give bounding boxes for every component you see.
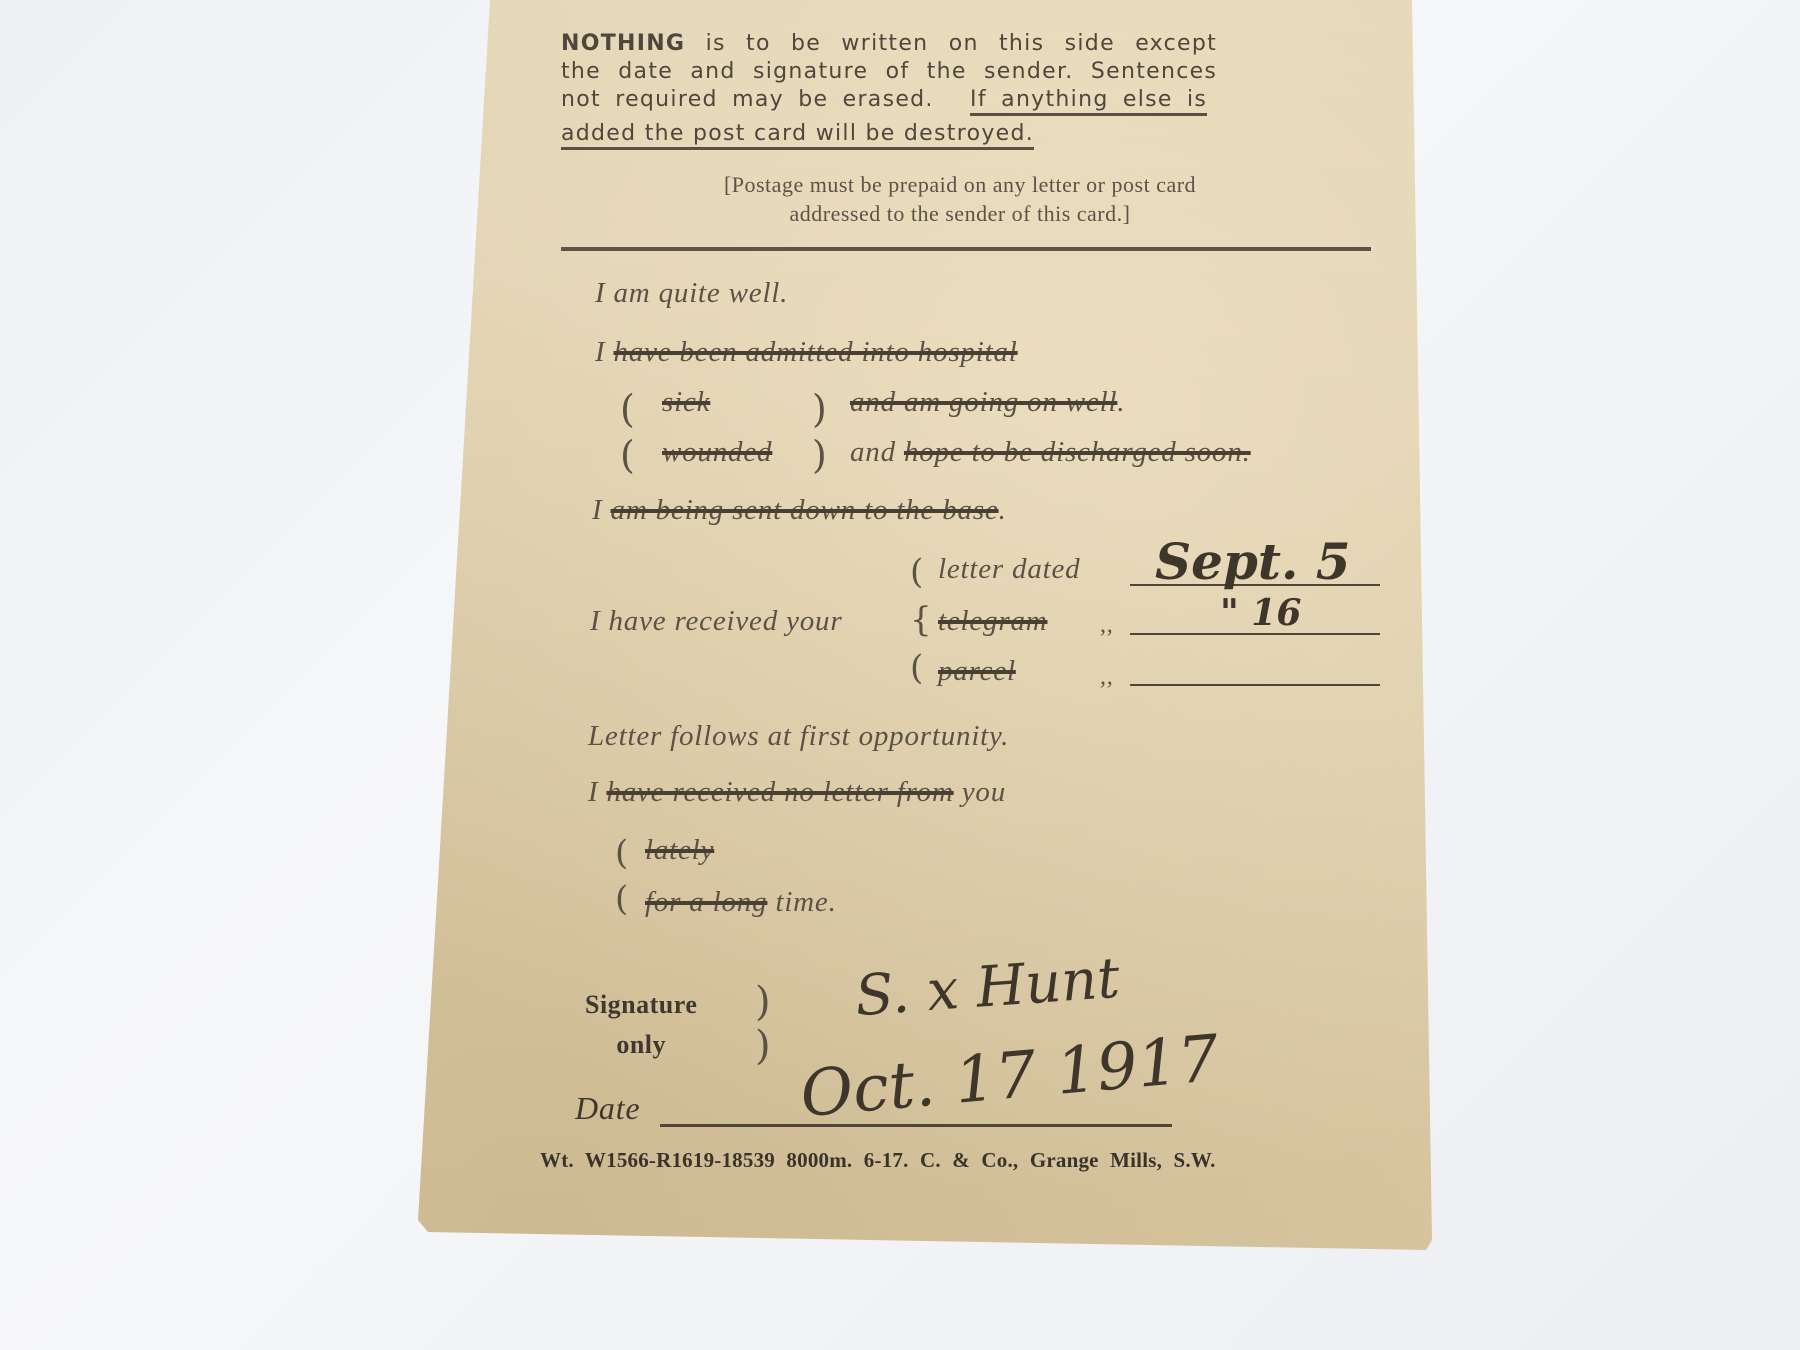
received-prefix: I have received your	[590, 605, 842, 638]
left-brace-condition: ((	[620, 386, 635, 478]
notice-line-1: NOTHING is to be written on this side ex…	[561, 30, 1217, 58]
sentence-letter-follows: Letter follows at first opportunity.	[588, 720, 1009, 753]
notice-line-3: not required may be erased. If anything …	[561, 86, 1217, 114]
outcome-discharged: and hope to be discharged soon.	[850, 436, 1251, 469]
notice-block: NOTHING is to be written on this side ex…	[561, 30, 1217, 148]
notice-nothing: NOTHING	[561, 31, 685, 56]
field-service-post-card: NOTHING is to be written on this side ex…	[0, 0, 1800, 1350]
left-brace-duration: ((	[615, 830, 628, 922]
condition-option-sick: sick	[662, 386, 710, 419]
sentence-sent-to-base: I am being sent down to the base.	[592, 494, 1007, 527]
telegram-date-value: " 16	[1220, 592, 1301, 634]
right-brace-signature: ))	[755, 980, 771, 1068]
sentence-hospital: I have been admitted into hospital	[595, 336, 1018, 369]
duration-lately: lately	[645, 834, 714, 867]
postage-note: [Postage must be prepaid on any letter o…	[600, 170, 1320, 228]
notice-line-2: the date and signature of the sender. Se…	[561, 58, 1217, 86]
right-brace-condition: ))	[812, 386, 827, 478]
printer-imprint: Wt. W1566-R1619-18539 8000m. 6-17. C. & …	[540, 1148, 1216, 1173]
telegram-ditto: ,,	[1100, 612, 1114, 639]
received-item-letter: letter dated	[938, 553, 1080, 586]
notice-destroyed-underlined: added the post card will be destroyed.	[561, 121, 1034, 150]
outcome-going-on-well: and am going on well.	[850, 386, 1125, 419]
parcel-ditto: ,,	[1100, 664, 1114, 691]
header-divider	[561, 247, 1371, 251]
date-label: Date	[575, 1090, 640, 1127]
signature-handwritten: S. x Hunt	[853, 946, 1122, 1029]
signature-label: Signature only	[585, 985, 697, 1065]
duration-long-time: for a long time.	[645, 886, 837, 919]
received-item-parcel: parcel	[938, 655, 1016, 688]
struck-hospital: have been admitted into hospital	[614, 336, 1018, 368]
notice-warning-underlined: If anything else is	[970, 87, 1207, 116]
parcel-date-line	[1130, 684, 1380, 686]
condition-option-wounded: wounded	[662, 436, 772, 469]
sentence-quite-well: I am quite well.	[595, 277, 788, 310]
date-line	[660, 1124, 1172, 1127]
sentence-no-letter: I have received no letter from you	[588, 776, 1006, 809]
left-brace-received: ({(	[910, 548, 932, 692]
received-item-telegram: telegram	[938, 605, 1048, 638]
notice-line-4: added the post card will be destroyed.	[561, 120, 1217, 148]
date-handwritten: Oct. 17 1917	[798, 1022, 1222, 1132]
letter-date-value: Sept. 5	[1155, 532, 1351, 591]
